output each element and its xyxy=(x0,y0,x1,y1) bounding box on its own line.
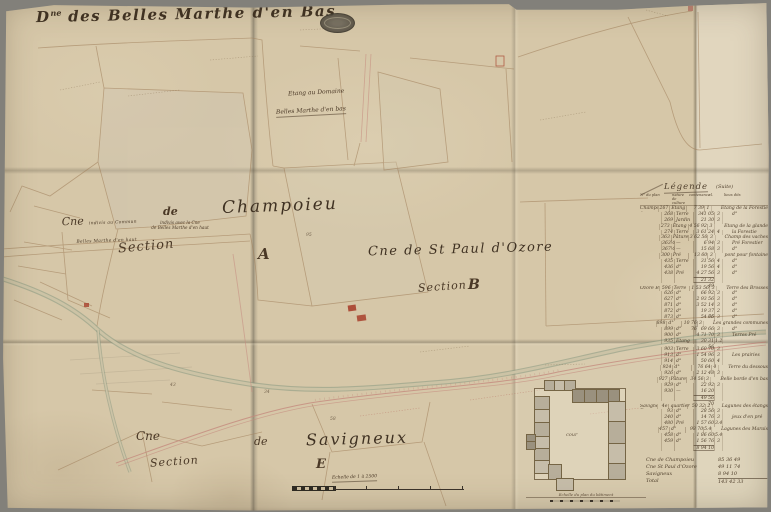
legend-header: cl. xyxy=(709,194,716,205)
plan-room xyxy=(608,401,626,423)
legend-lieu-dit xyxy=(722,339,768,345)
 xyxy=(714,277,722,283)
scan-backdrop: Dne des Belles Marthe d'en Bas Etang au … xyxy=(0,0,771,512)
plan-room xyxy=(608,443,626,465)
legend-header: nature de culture xyxy=(672,194,689,205)
legend-culture: Etang xyxy=(674,339,693,345)
left-commune-rest: indivis au Commun xyxy=(89,220,137,227)
plan-room xyxy=(556,478,574,491)
 xyxy=(674,395,693,401)
 xyxy=(674,445,693,451)
legend-rows: Champoieu A267Etang7 39 341Etang de la F… xyxy=(640,206,768,451)
legend-section-label xyxy=(640,339,661,345)
legend-subtitle: (Suite) xyxy=(716,184,733,190)
legend-title-row: Légende (Suite) xyxy=(640,182,768,194)
 xyxy=(640,277,661,283)
legend-sum-value: 8 94 10 xyxy=(693,445,714,451)
legend-headers: N° du plannature de culturecontenancecl.… xyxy=(640,194,768,206)
de-annotation-line2: de Belles Marthe d'en haut xyxy=(151,225,209,230)
map-sheet: Dne des Belles Marthe d'en Bas Etang au … xyxy=(0,0,771,512)
legend-totals: Cne de Champoieu85 36 49Cne St Paul d'Oz… xyxy=(640,457,768,485)
legend-table: Légende (Suite) N° du plannature de cult… xyxy=(640,182,768,485)
legend-row: 935Etang30 31 561.2 xyxy=(640,339,768,345)
de-word-a: de xyxy=(163,206,178,218)
legend-sum-row: 21 32 49 xyxy=(640,277,768,283)
legend-total-value: 85 36 49 xyxy=(718,457,768,464)
building-plan-inset: cour Echelle du plan du bâtiment xyxy=(526,382,646,508)
map-title-superscript: ne xyxy=(50,8,61,18)
legend-total-name: Total xyxy=(640,478,718,485)
legend-total-value: 49 11 74 xyxy=(718,464,768,471)
 xyxy=(661,277,674,283)
ink-stamp xyxy=(320,13,355,33)
 xyxy=(661,445,674,451)
legend-total-name: Savigneux xyxy=(640,471,718,478)
legend-sum-value: 49 56 70 xyxy=(693,395,714,401)
legend-total-name: Cne St Paul d'Ozore xyxy=(640,464,718,471)
parcel-number: 43 xyxy=(170,384,176,389)
legend-total-row: Cne de Champoieu85 36 49 xyxy=(640,457,768,464)
de-annotation: indivis avec la Cne de Belles Marthe d'e… xyxy=(138,221,222,230)
legend-title: Légende xyxy=(664,182,708,193)
plan-room xyxy=(608,421,626,445)
section-a-letter: A xyxy=(258,246,270,263)
legend-header: N° du plan xyxy=(640,194,672,205)
legend-total-value: 8 94 10 xyxy=(718,471,768,478)
courtyard-label: cour xyxy=(566,432,577,438)
legend-total-row: Savigneux8 94 10 xyxy=(640,471,768,478)
 xyxy=(674,277,693,283)
legend-area: 30 31 56 xyxy=(693,339,714,345)
legend-parcel-number: 935 xyxy=(661,339,674,345)
 xyxy=(722,277,768,283)
parcel-number: 95 xyxy=(306,234,312,239)
legend-total-row: Cne St Paul d'Ozore49 11 74 xyxy=(640,464,768,471)
de-word-e: de xyxy=(254,436,268,448)
scale-bar xyxy=(292,486,464,492)
legend-header: lieux dits xyxy=(716,194,768,205)
section-b-letter: B xyxy=(468,278,480,293)
legend-sum-row: 8 94 10 xyxy=(640,445,768,451)
commune-e-abbrev: Cne xyxy=(136,430,160,443)
legend-sum-value: 21 32 49 xyxy=(693,277,714,283)
section-e-letter: E xyxy=(316,458,326,472)
inset-scale-bar xyxy=(550,500,620,502)
 xyxy=(722,395,768,401)
plan-room xyxy=(608,463,626,480)
legend-total-name: Cne de Champoieu xyxy=(640,457,718,464)
parcel-number: 58 xyxy=(330,418,336,423)
 xyxy=(722,445,768,451)
legend-total-row: Total143 42 33 xyxy=(640,478,768,485)
 xyxy=(714,445,722,451)
left-commune-abbrev: Cne xyxy=(62,215,84,229)
legend-header: contenance xyxy=(689,194,709,205)
parcel-number: 34 xyxy=(264,391,270,396)
legend-title-flourish xyxy=(641,184,663,195)
commune-e-name: Savigneux xyxy=(306,429,408,449)
commune-a-name: Champoieu xyxy=(222,195,338,218)
scale-bar-blocks xyxy=(292,486,336,491)
scale-bar-ticks xyxy=(334,486,464,489)
legend-class: 1.2 xyxy=(714,339,722,345)
legend-sum-row: 49 56 70 xyxy=(640,395,768,401)
legend-total-value: 143 42 33 xyxy=(718,478,768,485)
 xyxy=(714,395,722,401)
inset-caption: Echelle du plan du bâtiment xyxy=(526,492,646,498)
 xyxy=(661,395,674,401)
map-title-initial: D xyxy=(36,8,51,26)
plan-room xyxy=(526,441,536,450)
